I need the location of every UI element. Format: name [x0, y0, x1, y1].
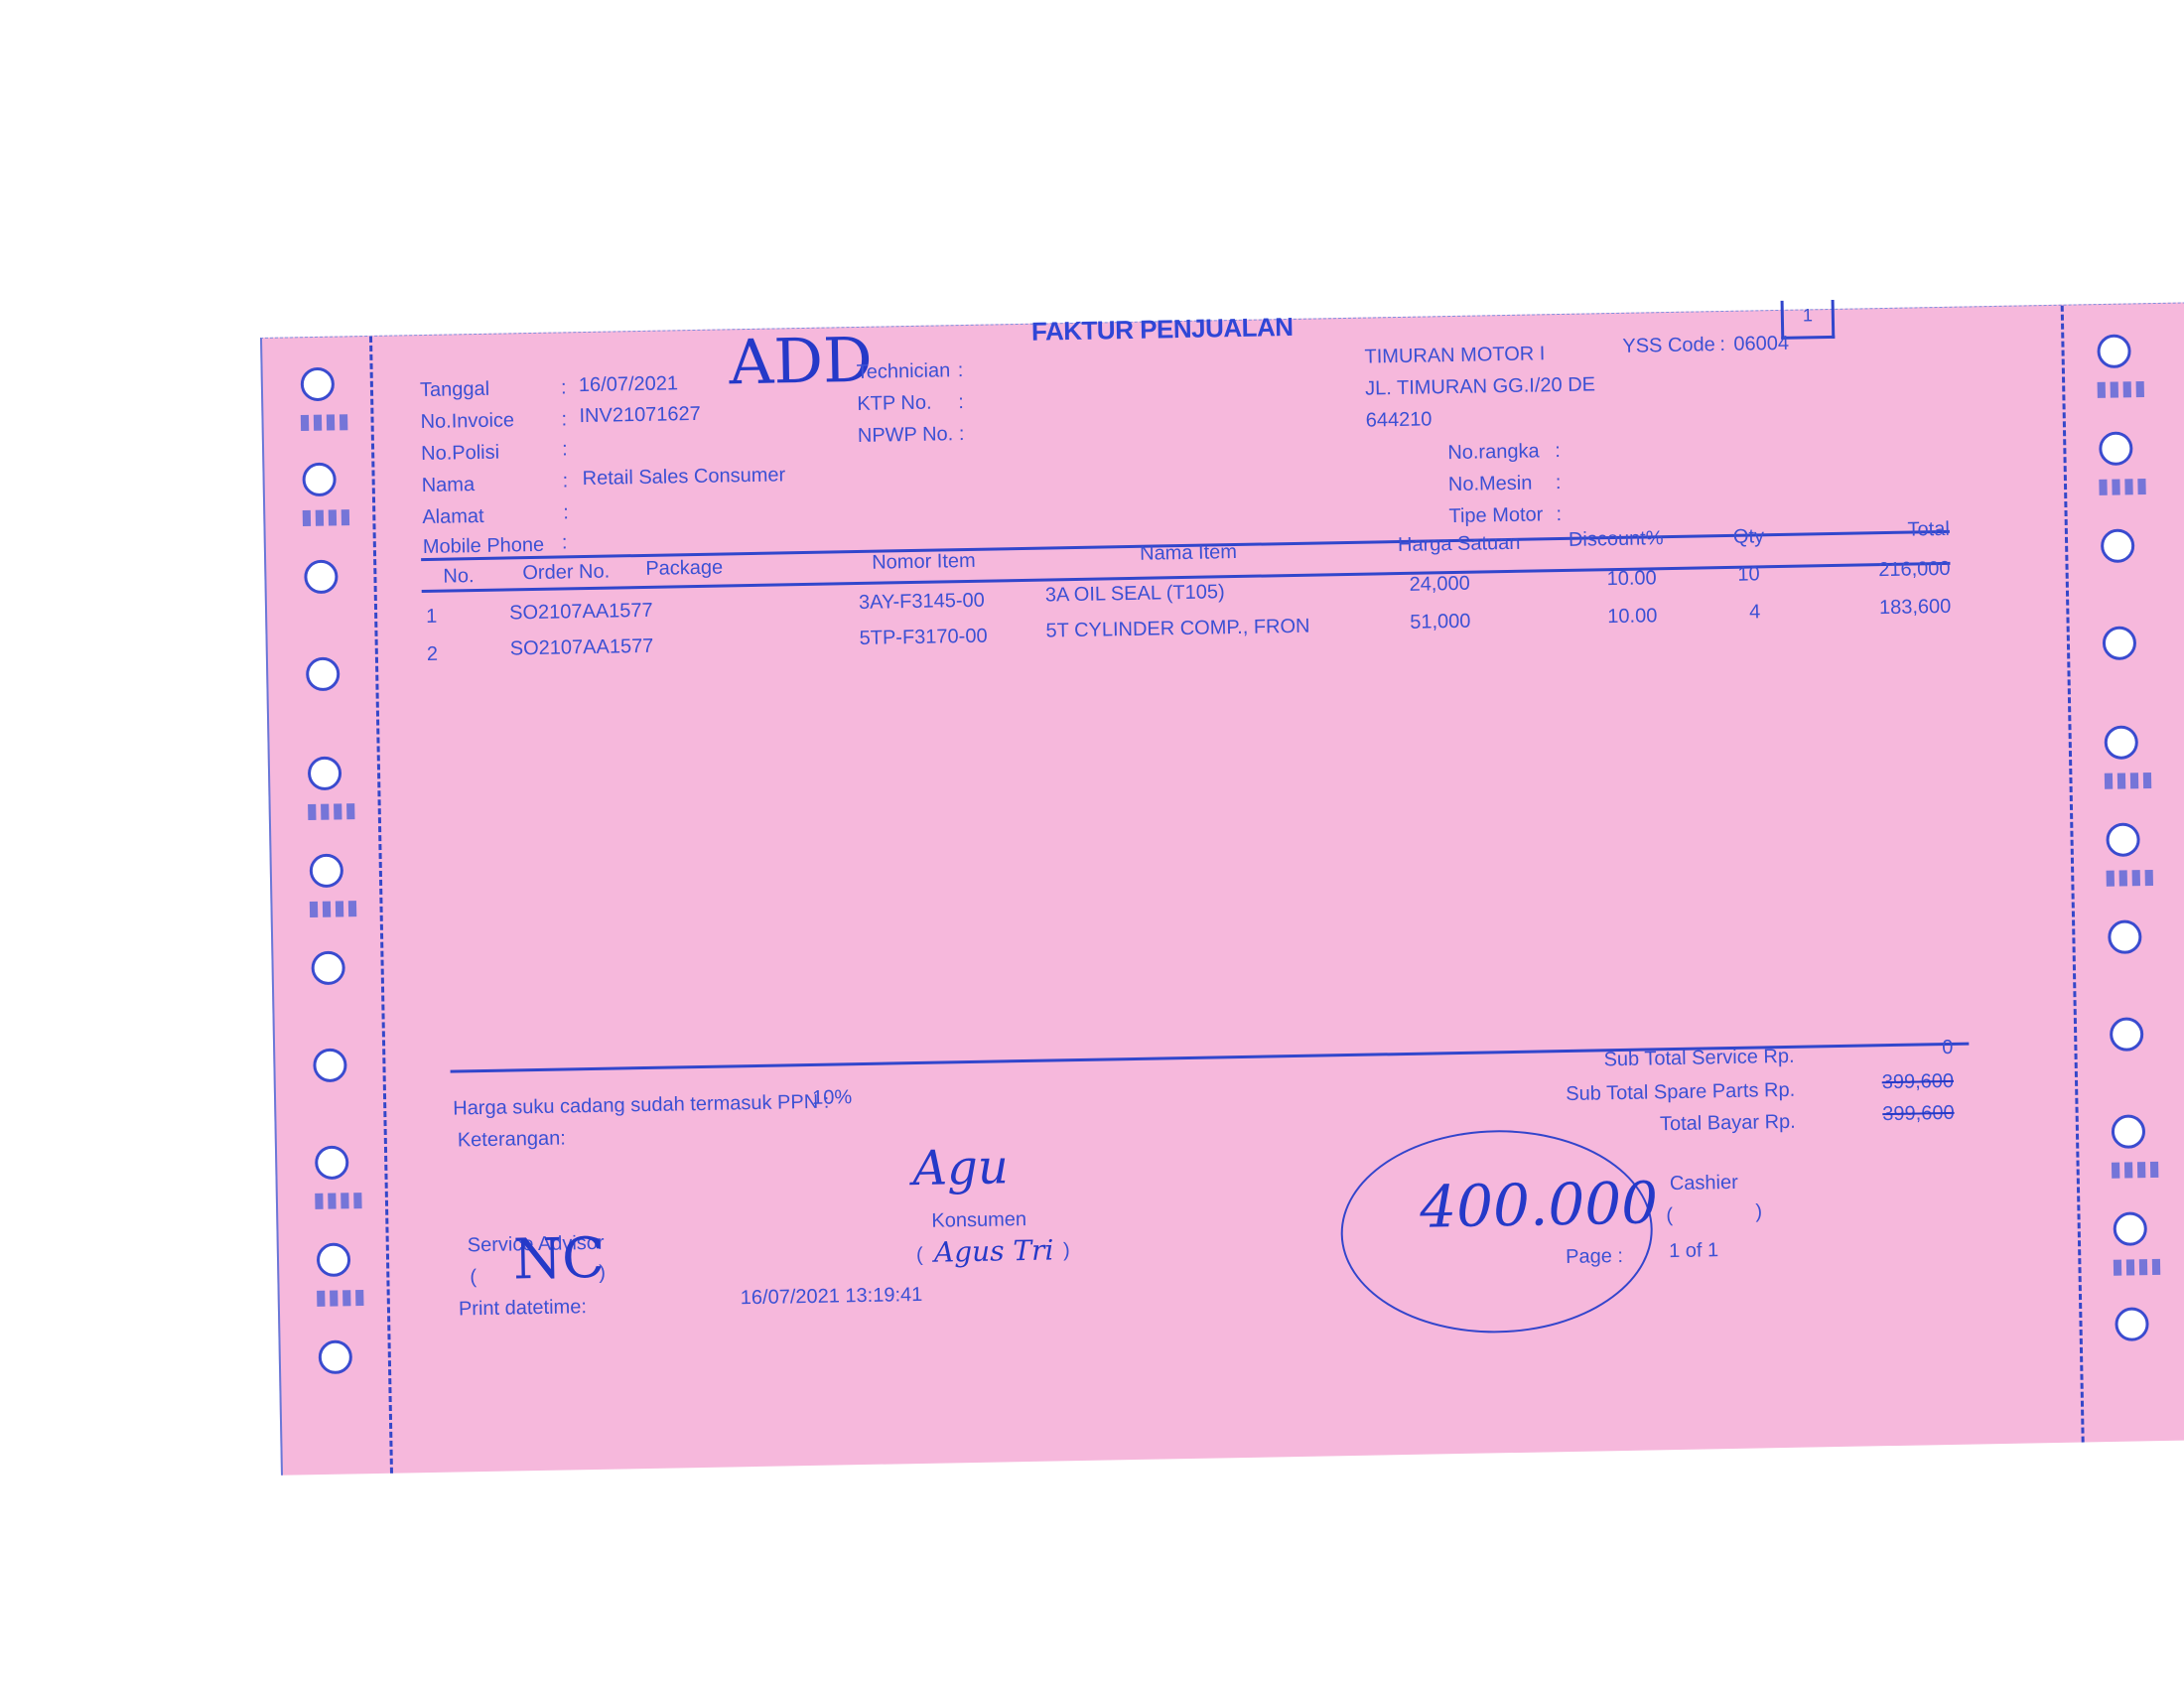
hole-imprint: ▮▮▮▮ — [314, 1187, 365, 1212]
cell-nama-item: 3A OIL SEAL (T105) — [1045, 581, 1225, 607]
colon: : — [958, 391, 964, 414]
paren-open: ( — [916, 1244, 923, 1267]
cell-harga-satuan: 24,000 — [1359, 573, 1470, 598]
invoice-paper: ▮▮▮▮ ▮▮▮▮ ▮▮▮▮ ▮▮▮▮ ▮▮▮▮ ▮▮▮▮ ▮▮▮▮ ▮▮▮▮ … — [260, 302, 2184, 1475]
hole-imprint: ▮▮▮▮ — [2105, 864, 2156, 890]
col-header-qty: Qty — [1733, 525, 1765, 549]
keterangan-label: Keterangan: — [458, 1127, 566, 1152]
paren-close: ) — [1063, 1239, 1070, 1262]
hole-imprint: ▮▮▮▮ — [2096, 375, 2147, 401]
yss-code-value: 06004 — [1733, 333, 1789, 356]
col-header-nama-item: Nama Item — [1140, 541, 1237, 566]
feed-hole — [2101, 528, 2135, 563]
yss-code-label: YSS Code — [1622, 334, 1715, 358]
paren-close: ) — [1755, 1200, 1762, 1223]
cell-qty: 10 — [1696, 563, 1759, 587]
document-title: FAKTUR PENJUALAN — [1031, 312, 1294, 348]
field-value-nama: Retail Sales Consumer — [582, 464, 785, 491]
left-perforation-line — [369, 337, 393, 1474]
feed-hole — [2108, 919, 2142, 954]
sub-total-service-value: 0 — [1853, 1037, 1953, 1061]
field-label-npwp: NPWP No. — [858, 423, 954, 448]
col-header-discount: Discount% — [1569, 527, 1664, 552]
colon: : — [958, 359, 964, 382]
print-datetime-label: Print datetime: — [459, 1296, 587, 1321]
cashier-label: Cashier — [1670, 1172, 1738, 1196]
colon: : — [1555, 440, 1561, 463]
cell-no: 1 — [426, 606, 438, 629]
sub-total-spare-parts-label: Sub Total Spare Parts Rp. — [1447, 1079, 1795, 1108]
colon: : — [562, 531, 568, 554]
feed-hole — [302, 463, 337, 497]
cell-nomor-item: 3AY-F3145-00 — [859, 590, 985, 615]
feed-hole — [319, 1339, 353, 1374]
konsumen-signature: Agu — [912, 1139, 1009, 1196]
handwritten-add-note: ADD — [729, 324, 874, 399]
field-label-ktp: KTP No. — [857, 392, 932, 416]
col-header-package: Package — [645, 556, 723, 580]
col-header-no: No. — [443, 565, 475, 589]
cell-total: 216,000 — [1835, 558, 1950, 583]
cell-nama-item: 5T CYLINDER COMP., FRON — [1045, 616, 1309, 643]
feed-hole — [304, 560, 339, 595]
col-header-harga-satuan: Harga Satuan — [1398, 532, 1521, 557]
feed-hole — [2113, 1211, 2147, 1246]
right-perforation-line — [2061, 306, 2085, 1443]
hole-imprint: ▮▮▮▮ — [301, 503, 352, 529]
feed-hole — [2106, 822, 2140, 857]
field-value-invoice: INV21071627 — [579, 403, 701, 428]
paren-close: ) — [599, 1262, 606, 1285]
konsumen-label: Konsumen — [931, 1208, 1026, 1233]
hole-imprint: ▮▮▮▮ — [308, 895, 359, 920]
feed-hole — [2104, 725, 2138, 760]
sub-total-service-label: Sub Total Service Rp. — [1466, 1046, 1794, 1074]
feed-hole — [2103, 626, 2137, 660]
dealer-name: TIMURAN MOTOR I — [1364, 343, 1545, 368]
ppn-value: 10% — [812, 1086, 852, 1110]
colon: : — [1556, 472, 1562, 494]
field-label-tanggal: Tanggal — [420, 378, 489, 402]
page-label: Page : — [1566, 1245, 1623, 1269]
colon: : — [562, 470, 568, 492]
colon: : — [562, 438, 568, 461]
colon: : — [561, 408, 567, 431]
hole-imprint: ▮▮▮▮ — [2098, 473, 2149, 498]
field-label-invoice: No.Invoice — [420, 409, 514, 434]
ppn-note: Harga suku cadang sudah termasuk PPN : — [453, 1091, 829, 1121]
cell-no: 2 — [427, 643, 439, 666]
feed-hole — [315, 1146, 349, 1181]
handwritten-total: 400.000 — [1420, 1169, 1659, 1240]
hole-imprint: ▮▮▮▮ — [2112, 1253, 2163, 1279]
col-header-nomor-item: Nomor Item — [872, 550, 976, 575]
hole-imprint: ▮▮▮▮ — [2110, 1156, 2161, 1182]
cell-discount: 10.00 — [1557, 567, 1656, 592]
cell-order-no: SO2107AA1577 — [510, 635, 654, 661]
cell-harga-satuan: 51,000 — [1359, 611, 1470, 635]
feed-hole — [2097, 334, 2131, 368]
colon: : — [1556, 503, 1562, 526]
col-header-total: Total — [1854, 518, 1950, 543]
colon: : — [959, 423, 965, 446]
col-header-order-no: Order No. — [522, 561, 610, 586]
field-value-tanggal: 16/07/2021 — [579, 372, 679, 397]
feed-hole — [301, 367, 336, 402]
feed-hole — [311, 951, 345, 986]
feed-hole — [317, 1242, 351, 1277]
cell-order-no: SO2107AA1577 — [509, 600, 653, 626]
feed-hole — [2115, 1307, 2149, 1341]
field-label-nama: Nama — [422, 474, 476, 497]
field-label-no-rangka: No.rangka — [1447, 440, 1540, 465]
page-value: 1 of 1 — [1669, 1239, 1718, 1263]
feed-hole — [313, 1049, 347, 1083]
konsumen-name: Agus Tri — [934, 1234, 1054, 1269]
dealer-address-line2: 644210 — [1366, 408, 1433, 432]
feed-hole — [306, 657, 341, 692]
hole-imprint: ▮▮▮▮ — [299, 408, 350, 434]
cell-discount: 10.00 — [1558, 605, 1657, 630]
service-advisor-signature: NC — [512, 1226, 605, 1293]
cell-nomor-item: 5TP-F3170-00 — [859, 626, 987, 650]
field-label-polisi: No.Polisi — [421, 442, 499, 466]
feed-hole — [2110, 1017, 2144, 1052]
hole-imprint: ▮▮▮▮ — [307, 797, 358, 823]
field-label-no-mesin: No.Mesin — [1448, 473, 1533, 497]
feed-hole — [2112, 1114, 2146, 1149]
colon: : — [1719, 334, 1725, 356]
colon: : — [563, 501, 569, 524]
total-bayar-value: 399,600 — [1825, 1102, 1954, 1127]
field-label-tipe-motor: Tipe Motor — [1448, 503, 1543, 528]
colon: : — [561, 376, 567, 399]
print-datetime-value: 16/07/2021 13:19:41 — [741, 1284, 923, 1310]
field-label-alamat: Alamat — [422, 505, 484, 529]
cell-qty: 4 — [1697, 601, 1760, 625]
paren-open: ( — [1666, 1204, 1673, 1227]
sub-total-spare-parts-value: 399,600 — [1825, 1070, 1954, 1095]
paren-open: ( — [470, 1266, 477, 1289]
feed-hole — [310, 854, 344, 889]
feed-hole — [2099, 431, 2133, 466]
feed-hole — [308, 757, 342, 791]
cell-total: 183,600 — [1836, 596, 1951, 621]
hole-imprint: ▮▮▮▮ — [2103, 767, 2154, 792]
field-label-technician: Technician — [857, 359, 951, 384]
dealer-address-line1: JL. TIMURAN GG.I/20 DE — [1365, 373, 1595, 400]
hole-imprint: ▮▮▮▮ — [315, 1284, 366, 1310]
